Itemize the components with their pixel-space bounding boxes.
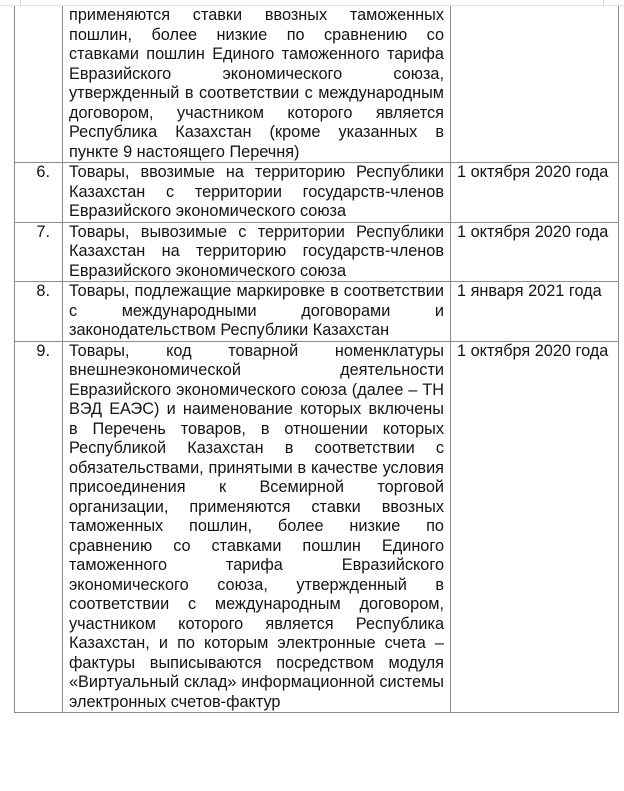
table-row: 7. Товары, вывозимые с территории Респуб… bbox=[15, 222, 619, 282]
row-effective-date: 1 октября 2020 года bbox=[451, 341, 619, 713]
page-margin-marker-left bbox=[20, 0, 21, 5]
row-effective-date: 1 октября 2020 года bbox=[451, 222, 619, 282]
row-effective-date: 1 октября 2020 года bbox=[451, 163, 619, 223]
table-row: 8. Товары, подлежащие маркировке в соотв… bbox=[15, 282, 619, 342]
row-number: 8. bbox=[15, 282, 63, 342]
row-description: Товары, ввозимые на территорию Республик… bbox=[63, 163, 451, 223]
goods-list-table: применяются ставки ввозных таможенных по… bbox=[14, 6, 619, 713]
row-effective-date: 1 января 2021 года bbox=[451, 282, 619, 342]
table-row: 9. Товары, код товарной номенклатуры вне… bbox=[15, 341, 619, 713]
row-number bbox=[15, 6, 63, 163]
row-number: 7. bbox=[15, 222, 63, 282]
row-description: Товары, код товарной номенклатуры внешне… bbox=[63, 341, 451, 713]
page-margin-marker-right bbox=[603, 0, 604, 5]
row-description: Товары, вывозимые с территории Республик… bbox=[63, 222, 451, 282]
row-number: 6. bbox=[15, 163, 63, 223]
table-row: 6. Товары, ввозимые на территорию Респуб… bbox=[15, 163, 619, 223]
row-effective-date bbox=[451, 6, 619, 163]
table-row-continued: применяются ставки ввозных таможенных по… bbox=[15, 6, 619, 163]
row-description: Товары, подлежащие маркировке в соответс… bbox=[63, 282, 451, 342]
row-description: применяются ставки ввозных таможенных по… bbox=[63, 6, 451, 163]
row-number: 9. bbox=[15, 341, 63, 713]
